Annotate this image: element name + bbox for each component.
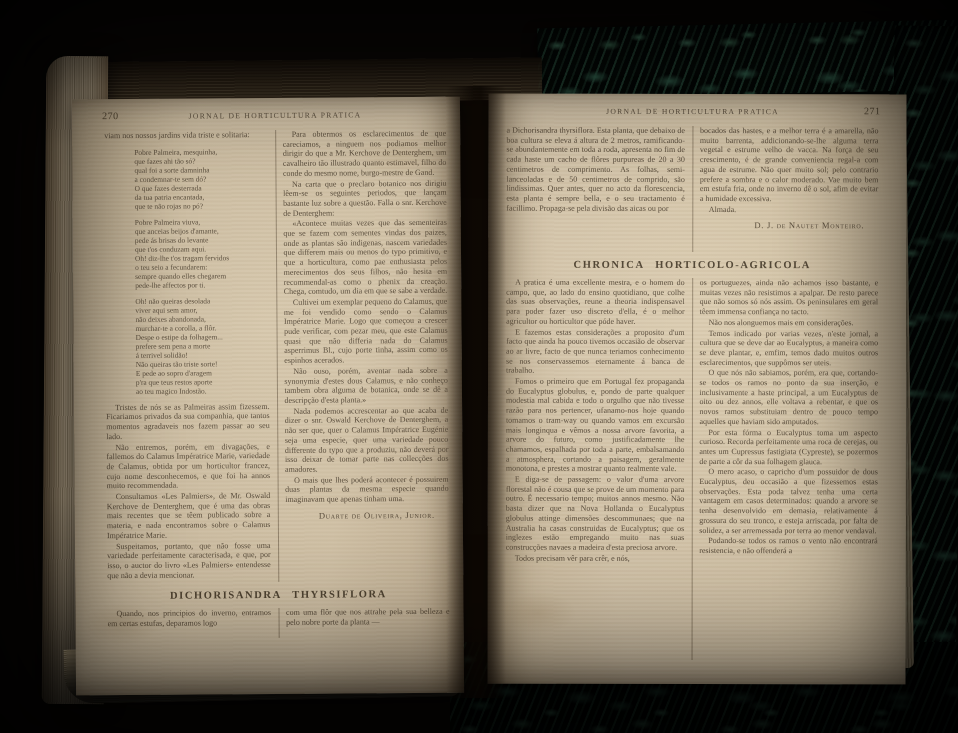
paragraph: Tristes de nós se as Palmeiras assim fiz… (106, 402, 270, 442)
paragraph: Podando-se todos os ramos o vento não en… (699, 536, 878, 556)
article-heading-dichorisandra: DICHORISANDRA THYRSIFLORA (105, 589, 451, 602)
right-page-top-columns: a Dichorisandra thyrsiflora. Esta planta… (504, 126, 880, 253)
main-column-1: A pratica é uma excellente mestra, e o h… (504, 278, 692, 660)
left-page-columns: viam nos nossos jardins vida triste e so… (102, 129, 451, 583)
paragraph: com uma flôr que nos attrahe pela sua be… (286, 607, 450, 628)
running-title-right: JORNAL DE HORTICULTURA PRATICA (550, 107, 834, 116)
page-number-left: 270 (102, 111, 148, 122)
paragraph: Cultivei um exemplar pequeno do Calamus,… (284, 297, 448, 366)
right-page-header: JORNAL DE HORTICULTURA PRATICA 271 (504, 106, 880, 118)
paragraph: A pratica é uma excellente mestra, e o h… (506, 278, 685, 327)
paragraph: os portuguezes, ainda não achamos isso b… (700, 278, 879, 317)
bottom-column-2: com uma flôr que nos attrahe pela sua be… (278, 607, 452, 638)
left-page-header: 270 JORNAL DE HORTICULTURA PRATICA (102, 109, 448, 122)
page-number-right: 271 (834, 106, 880, 117)
paragraph: E fazemos estas considerações a proposit… (506, 327, 685, 376)
paragraph: Na carta que o preclaro botanico nos dir… (283, 178, 447, 218)
paragraph: a Dichorisandra thyrsiflora. Esta planta… (506, 126, 685, 214)
paragraph: viam nos nossos jardins vida triste e so… (104, 130, 268, 141)
paragraph: Não nos alonguemos mais em considerações… (700, 318, 879, 328)
top-column-1: a Dichorisandra thyrsiflora. Esta planta… (504, 126, 692, 252)
bottom-column-1: Quando, nos principios do inverno, entra… (105, 608, 278, 639)
paragraph: E diga-se de passagem: o valor d'uma arv… (506, 475, 685, 553)
book-photo: 270 JORNAL DE HORTICULTURA PRATICA viam … (0, 0, 958, 733)
author-signature: D. J. de Nautet Monteiro. (700, 220, 879, 230)
left-page-column-2: Para obtermos os esclarecimentos de que … (275, 129, 452, 582)
paragraph: Não entremos, porém, em divagações, e fa… (106, 442, 270, 492)
paragraph: Todos precisam vêr para crêr, e nós, (506, 553, 685, 563)
paragraph: Nada podemos accrescentar ao que acaba d… (285, 405, 449, 474)
poem-stanza: Pobre Palmeira, mesquinha, que fazes ahi… (134, 147, 268, 211)
running-title-left: JORNAL DE HORTICULTURA PRATICA (148, 110, 402, 121)
paragraph: O mais que lhes poderá acontecer é possu… (285, 474, 449, 504)
paragraph: Para obtermos os esclarecimentos de que … (283, 129, 447, 179)
left-page-bottom-columns: Quando, nos principios do inverno, entra… (105, 607, 451, 639)
paragraph: «Acontece muitas vezes que das sementeir… (283, 218, 447, 297)
main-column-2: os portuguezes, ainda não achamos isso b… (691, 278, 880, 660)
poem-stanza: Oh! não queiras desolada viver aqui sem … (135, 296, 269, 396)
paragraph: Quando, nos principios do inverno, entra… (107, 608, 271, 629)
paragraph: Temos indicado por varias vezes, n'este … (700, 329, 879, 368)
left-page: 270 JORNAL DE HORTICULTURA PRATICA viam … (72, 97, 464, 696)
paragraph: Por esta fórma o Eucalyptus toma um aspe… (699, 428, 878, 467)
paragraph: O que nós não sabiamos, porém, era que, … (699, 368, 878, 427)
top-column-2: bocados das hastes, e a melhor terra é a… (692, 126, 881, 252)
poem-stanza: Pobre Palmeira viuva, que anceias beijos… (135, 217, 269, 290)
left-page-column-1: viam nos nossos jardins vida triste e so… (102, 130, 278, 583)
right-page-main-columns: A pratica é uma excellente mestra, e o h… (504, 278, 881, 661)
place-line: Almada. (700, 205, 879, 215)
paragraph: O mero acaso, o capricho d'um possuidor … (699, 467, 878, 535)
paragraph: Suspeitamos, portanto, que não fosse uma… (107, 541, 271, 581)
right-page: JORNAL DE HORTICULTURA PRATICA 271 a Dic… (487, 94, 906, 685)
article-heading-chronica: CHRONICA HORTICOLO-AGRICOLA (504, 260, 880, 272)
paragraph: bocados das hastes, e a melhor terra é a… (700, 126, 879, 204)
paragraph: Fomos o primeiro que em Portugal fez pro… (506, 377, 685, 474)
paragraph: Não ouso, porém, aventar nada sobre a sy… (284, 366, 448, 406)
author-signature: Duarte de Oliveira, Junior. (285, 509, 449, 520)
paragraph: Consultamos «Les Palmiers», de Mr. Oswal… (107, 491, 271, 541)
